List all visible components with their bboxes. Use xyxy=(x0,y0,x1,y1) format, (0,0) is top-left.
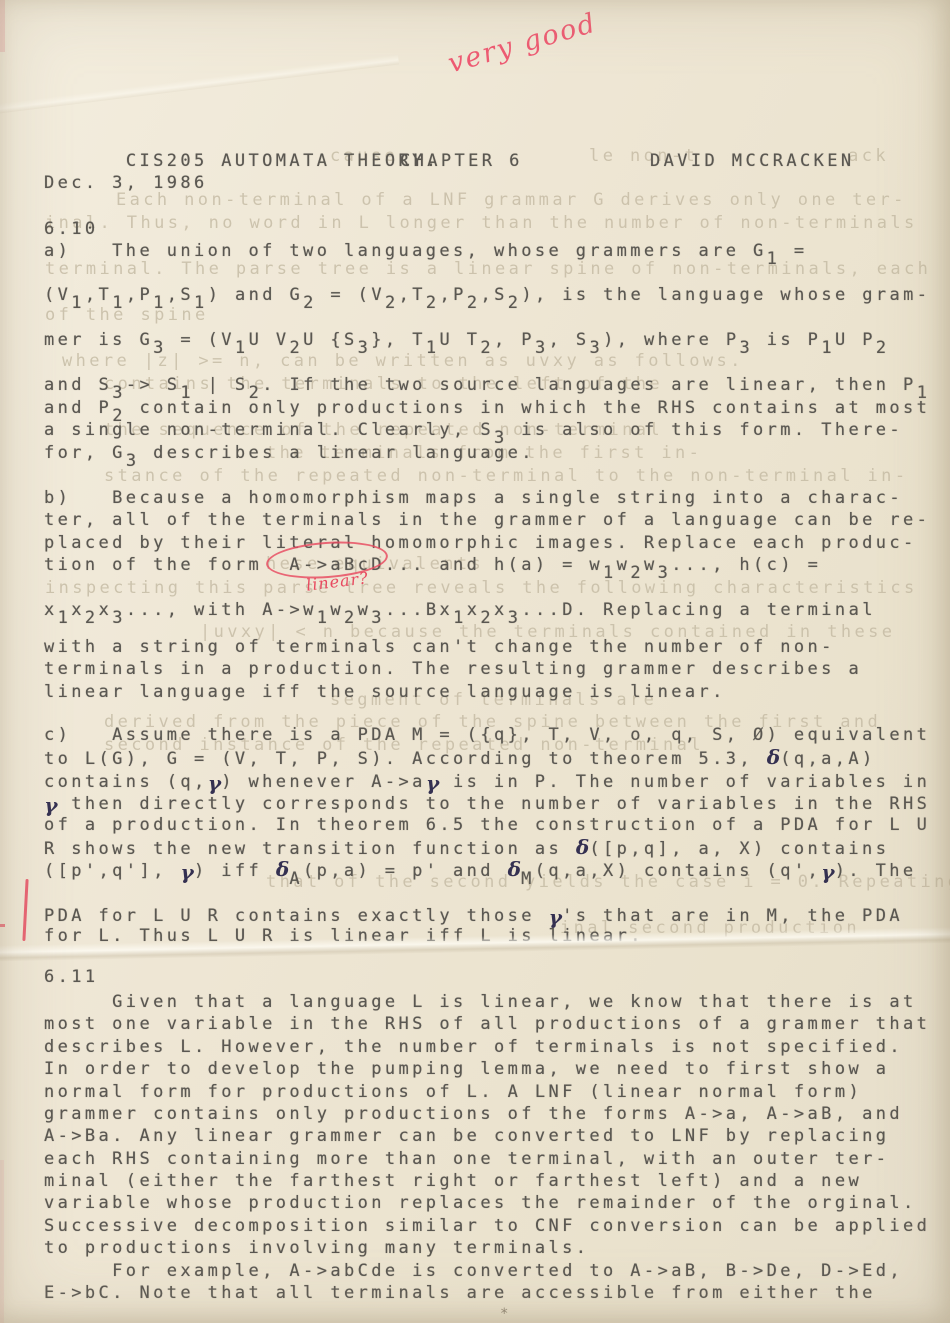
typed-line: a single non-terminal. Clearly, S3 is al… xyxy=(44,419,930,441)
typed-text-block: CIS205 AUTOMATA THEORY. CHAPTER 6 DAVID … xyxy=(44,150,930,1304)
document-header: CIS205 AUTOMATA THEORY. CHAPTER 6 DAVID … xyxy=(44,150,930,172)
typed-line: Given that a language L is linear, we kn… xyxy=(44,991,930,1013)
typed-line: normal form for productions of L. A LNF … xyxy=(44,1081,930,1103)
typed-line: to productions involving many terminals. xyxy=(44,1237,930,1259)
typed-line: E->bC. Note that all terminals are acces… xyxy=(44,1282,930,1304)
typed-line: variable whose production replaces the r… xyxy=(44,1192,930,1214)
typed-line: mer is G3 = (V1U V2U {S3}, T1U T2, P3, S… xyxy=(44,329,930,351)
typed-line: describes L. However, the number of term… xyxy=(44,1036,930,1058)
typed-line: for, G3 describes a linear language. xyxy=(44,442,930,464)
typed-line: b) Because a homomorphism maps a single … xyxy=(44,487,930,509)
ink-speck: * xyxy=(500,1306,508,1322)
typed-line: ter, all of the terminals in the grammer… xyxy=(44,509,930,531)
paper-crease xyxy=(0,54,399,115)
red-edge-mark xyxy=(0,924,5,927)
typed-line: most one variable in the RHS of all prod… xyxy=(44,1013,930,1035)
section-number-6-11: 6.11 xyxy=(44,966,930,988)
typed-line: a) The union of two languages, whose gra… xyxy=(44,240,930,262)
typed-line: contains (q,γ) whenever A->aγ is in P. T… xyxy=(44,769,930,791)
typed-line: PDA for L U R contains exactly those γ's… xyxy=(44,903,930,925)
typed-line: with a string of terminals can't change … xyxy=(44,636,930,658)
header-course: CIS205 AUTOMATA THEORY. xyxy=(126,150,440,172)
typed-line: to L(G), G = (V, T, P, S). According to … xyxy=(44,746,930,768)
typed-line: Successive decomposition similar to CNF … xyxy=(44,1215,930,1237)
typed-line: c) Assume there is a PDA M = ({q}, T, V,… xyxy=(44,724,930,746)
typed-line: terminals in a production. The resulting… xyxy=(44,658,930,680)
typed-line: tion of the form A->aBcD... and h(a) = w… xyxy=(44,554,930,576)
typed-line: minal (either the farthest right or fart… xyxy=(44,1170,930,1192)
typed-line: placed by their literal homomorphic imag… xyxy=(44,532,930,554)
typed-line: In order to develop the pumping lemma, w… xyxy=(44,1058,930,1080)
scan-edge-artifact xyxy=(0,0,5,52)
typed-line: R shows the new transition function as δ… xyxy=(44,836,930,858)
header-chapter: CHAPTER 6 xyxy=(400,150,523,172)
typed-line: (V1,T1,P1,S1) and G2 = (V2,T2,P2,S2), is… xyxy=(44,284,930,306)
scanned-document-page: cause le non-t ack Each non-terminal of … xyxy=(0,0,950,1323)
typed-line: x1x2x3..., with A->w1w2w3...Bx1x2x3...D.… xyxy=(44,599,930,621)
scan-edge-artifact xyxy=(0,1160,4,1323)
typed-line: A->Ba. Any linear grammer can be convert… xyxy=(44,1125,930,1147)
header-date: Dec. 3, 1986 xyxy=(44,172,930,194)
typed-line: and P2 contain only productions in which… xyxy=(44,397,930,419)
typed-line: γ then directly corresponds to the numbe… xyxy=(44,791,930,813)
section-number-6-10: 6.10 xyxy=(44,218,930,240)
typed-line: linear language iff the source language … xyxy=(44,681,930,703)
red-margin-line xyxy=(22,879,28,941)
typed-line: each RHS containing more than one termin… xyxy=(44,1148,930,1170)
header-author: DAVID MCCRACKEN xyxy=(650,150,855,172)
typed-line: and S3-> S1 | S2. If the two source lang… xyxy=(44,374,930,396)
typed-line: For example, A->abCde is converted to A-… xyxy=(44,1260,930,1282)
handwritten-very-good: very good xyxy=(445,8,601,80)
typed-line: ([p',q'], γ) iff δA(p,a) = p' and δM(q,a… xyxy=(44,858,930,880)
typed-line: grammer contains only productions of the… xyxy=(44,1103,930,1125)
typed-line: of a production. In theorem 6.5 the cons… xyxy=(44,814,930,836)
